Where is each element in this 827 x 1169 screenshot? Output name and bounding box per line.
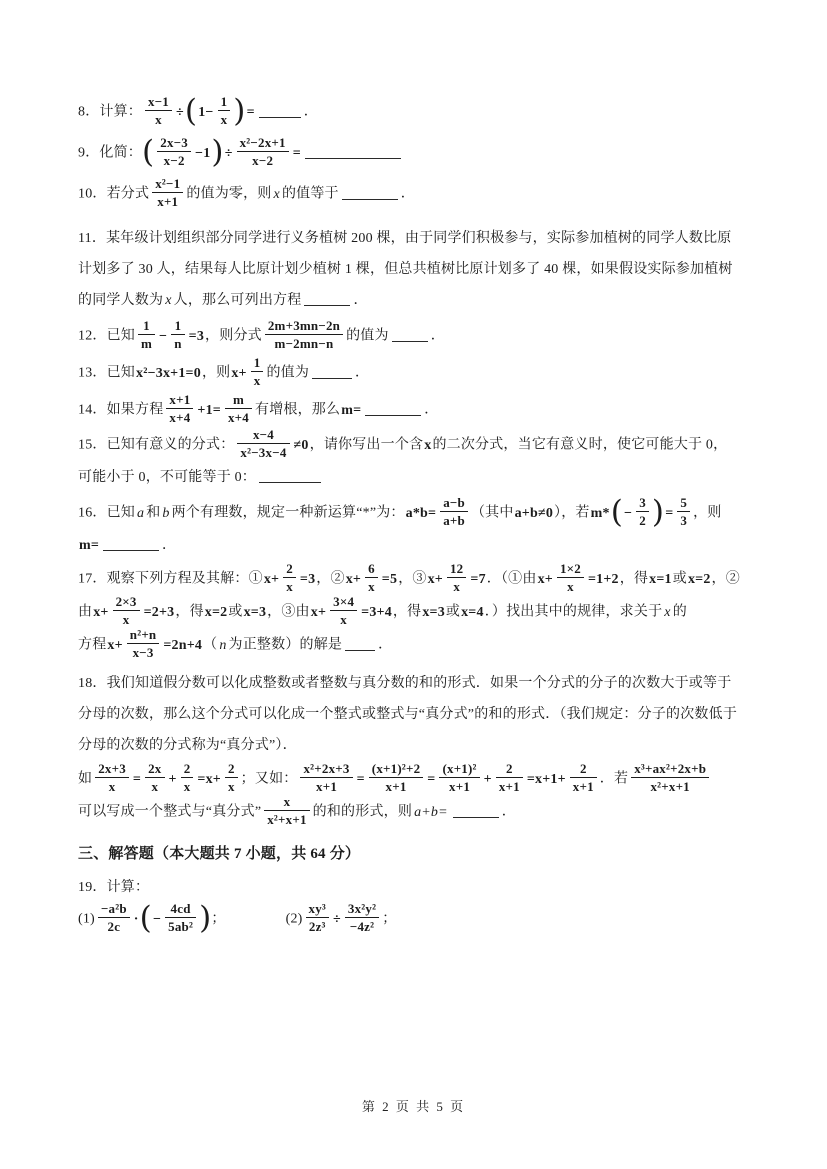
fraction-numerator: 6	[365, 561, 378, 578]
fraction-numerator: 2x−3	[157, 135, 191, 152]
fraction-denominator: x	[218, 111, 231, 127]
math-run: x=1	[648, 572, 673, 587]
fraction: 32	[633, 495, 652, 528]
fraction-denominator: x+1	[570, 778, 597, 794]
fraction-numerator: 2	[283, 561, 296, 578]
text-run: 由	[78, 605, 92, 620]
fraction: 2x+1	[567, 761, 600, 794]
text-run: 有增根，那么	[255, 403, 340, 418]
fraction-denominator: x²+x+1	[264, 811, 309, 827]
fraction-denominator: x+1	[439, 778, 479, 794]
text-run: ．	[304, 105, 318, 120]
math-run: ·	[133, 912, 140, 927]
answer-blank	[345, 637, 375, 651]
fraction-numerator: 3	[636, 495, 649, 512]
fraction-numerator: x−1	[145, 94, 172, 111]
text-run: 计划多了 30 人，结果每人比原计划少植树 1 棵，但总共植树比原计划多了 40…	[78, 262, 733, 277]
text-run: ，得	[175, 605, 203, 620]
fraction-denominator: x+4	[166, 409, 193, 425]
fraction-denominator: n	[171, 335, 184, 351]
text-run: 或	[228, 605, 242, 620]
fraction-numerator: 3×4	[330, 594, 357, 611]
fraction-numerator: m	[225, 392, 252, 409]
big-left-paren: (	[142, 134, 154, 170]
text-run: ，③由	[267, 605, 310, 620]
fraction: x²−2x+1x−2	[234, 135, 292, 168]
text-run: 可以写成一个整式与“真分式”	[78, 805, 261, 820]
fraction-denominator: x	[283, 578, 296, 594]
math-run: +	[483, 772, 493, 787]
fraction-numerator: 2x	[145, 761, 164, 778]
text-run: ，得	[620, 572, 648, 587]
text-run: 的值等于	[282, 187, 339, 202]
fraction: 1n	[168, 318, 187, 351]
fraction: 1m	[135, 318, 158, 351]
math-run: =	[426, 772, 436, 787]
fraction: mx+4	[222, 392, 255, 425]
fraction-denominator: x	[145, 778, 164, 794]
text-run: ，②	[316, 572, 344, 587]
math-run: =2n+4	[162, 638, 203, 653]
text-run: 18．我们知道假分数可以化成整数或者整数与真分数的和的形式．如果一个分式的分子的…	[78, 676, 731, 691]
text-run: 8．计算：	[78, 105, 142, 120]
answer-blank	[305, 145, 401, 159]
text-run: ；	[382, 912, 396, 927]
fraction-denominator: x−3	[127, 644, 160, 660]
fraction-denominator: x+4	[225, 409, 252, 425]
text-run: ．若	[600, 772, 628, 787]
big-right-paren: )	[199, 900, 211, 936]
text-run: 为正整数）的解是	[229, 638, 343, 653]
fraction-denominator: −4z²	[345, 918, 379, 934]
fraction-denominator: 2c	[98, 918, 130, 934]
text-run: 分母的次数的分式称为“真分式”）．	[78, 738, 297, 753]
problem-18-text: 18．我们知道假分数可以化成整数或者整数与真分数的和的形式．如果一个分式的分子的…	[78, 668, 755, 761]
text-run: 可能小于 0，不可能等于 0：	[78, 470, 256, 485]
math-run: =7	[469, 572, 486, 587]
math-run: =	[664, 506, 674, 521]
math-run: −	[152, 912, 162, 927]
fraction-denominator: 2z³	[306, 918, 330, 934]
fraction-denominator: x+1	[369, 778, 423, 794]
math-run: x+	[263, 572, 280, 587]
fraction-numerator: x+1	[166, 392, 193, 409]
fraction-numerator: 2×3	[113, 594, 140, 611]
text-run: ，②	[712, 572, 740, 587]
fraction-denominator: x+1	[300, 778, 352, 794]
fraction: x²−1x+1	[149, 176, 186, 209]
fraction-numerator: n²+n	[127, 627, 160, 644]
math-run: x+	[92, 605, 109, 620]
text-run: 13．已知	[78, 366, 135, 381]
math-run: x=3	[421, 605, 446, 620]
text-run: ．	[502, 805, 516, 820]
text-run: ．	[431, 329, 445, 344]
math-run: x+	[427, 572, 444, 587]
text-run: 的同学人数为	[78, 293, 163, 308]
math-run: x=2	[687, 572, 712, 587]
fraction-numerator: 1	[251, 355, 264, 372]
fraction-denominator: x+1	[496, 778, 523, 794]
math-run: x²−3x+1=0	[135, 366, 202, 381]
text-run: ．（①由	[487, 572, 537, 587]
problem-14: 14．如果方程x+1x+4+1=mx+4有增根，那么m=．	[78, 394, 755, 427]
fraction: x²+2x+3x+1	[297, 761, 355, 794]
worksheet-page: 8．计算：x−1x÷(1−1x)=．9．化简：(2x−3x−2−1)÷x²−2x…	[0, 0, 827, 1169]
text-run: 12．已知	[78, 329, 135, 344]
fraction-numerator: (x+1)²	[439, 761, 479, 778]
text-run: （	[203, 638, 217, 653]
page-footer: 第 2 页 共 5 页	[0, 1096, 827, 1115]
fraction: 2x	[280, 561, 299, 594]
text-run: 如	[78, 772, 92, 787]
math-run: m=	[78, 538, 100, 553]
math-run: m*	[590, 506, 611, 521]
fraction-denominator: x	[181, 778, 194, 794]
text-run: 19．计算：	[78, 880, 149, 895]
math-run: x+	[345, 572, 362, 587]
fraction-numerator: x²−1	[152, 176, 183, 193]
fraction-numerator: 2x+3	[95, 761, 129, 778]
text-run: 或	[446, 605, 460, 620]
fraction-numerator: 1×2	[557, 561, 584, 578]
math-run: x=4	[460, 605, 485, 620]
fraction: 2m+3mn−2nm−2mn−n	[262, 318, 346, 351]
fraction-denominator: x−2	[157, 152, 191, 168]
text-run: ），若	[554, 506, 590, 521]
problem-13: 13．已知x²−3x+1=0，则x+1x的值为．	[78, 357, 755, 390]
math-run: =x+	[196, 772, 222, 787]
fraction: 2x+1	[493, 761, 526, 794]
text-run: 或	[673, 572, 687, 587]
text-run: 三、解答题（本大题共 7 小题，共 64 分）	[78, 846, 360, 862]
math-run: =3	[299, 572, 316, 587]
text-run: 分母的次数，那么这个分式可以化成一个整式或整式与“真分式”的和的形式．（我们规定…	[78, 707, 737, 722]
fraction-numerator: 12	[447, 561, 466, 578]
math-run: =3+4	[360, 605, 393, 620]
math-run: a+b=	[412, 805, 450, 820]
fraction-numerator: (x+1)²+2	[369, 761, 423, 778]
section-heading: 三、解答题（本大题共 7 小题，共 64 分）	[78, 839, 755, 870]
fraction: n²+nx−3	[124, 627, 163, 660]
problem-10: 10．若分式x²−1x+1的值为零，则x的值等于．	[78, 178, 755, 211]
math-run: −	[158, 329, 168, 344]
fraction-numerator: xy³	[306, 901, 330, 918]
fraction-denominator: x	[251, 372, 264, 388]
fraction-numerator: 5	[677, 495, 690, 512]
problem-16: 16．已知a和b两个有理数，规定一种新运算“*”为：a*b=a−ba+b（其中a…	[78, 497, 755, 561]
fraction: 3×4x	[327, 594, 360, 627]
math-run: =	[356, 772, 366, 787]
fraction-numerator: 2	[570, 761, 597, 778]
fraction-denominator: x²−3x−4	[237, 444, 289, 460]
problem-8: 8．计算：x−1x÷(1−1x)=．	[78, 96, 755, 129]
math-run: ≠0	[293, 438, 310, 453]
fraction-denominator: m−2mn−n	[265, 335, 343, 351]
math-run: =	[132, 772, 142, 787]
math-run: +1=	[196, 403, 222, 418]
fraction-numerator: 1	[171, 318, 184, 335]
fraction: 2x	[178, 761, 197, 794]
fraction: 2x	[222, 761, 241, 794]
big-right-paren: )	[233, 93, 245, 129]
fraction: 3x²y²−4z²	[342, 901, 382, 934]
text-run: ；又如：	[241, 772, 298, 787]
text-run: 15．已知有意义的分式：	[78, 438, 234, 453]
text-run: ；	[211, 912, 225, 927]
text-run: 14．如果方程	[78, 403, 163, 418]
fraction-denominator: x+1	[152, 193, 183, 209]
fraction-denominator: x	[447, 578, 466, 594]
math-run: b	[160, 506, 171, 521]
answer-blank	[453, 804, 499, 818]
math-run: m=	[340, 403, 362, 418]
answer-blank	[103, 537, 159, 551]
fraction: 6x	[362, 561, 381, 594]
text-run: （其中	[471, 506, 514, 521]
text-run: 方程	[78, 638, 106, 653]
text-run: ．）找出其中的规律，求关于	[485, 605, 663, 620]
problem-19-label: 19．计算：	[78, 872, 755, 903]
text-run: ，得	[393, 605, 421, 620]
math-run: =	[292, 146, 302, 161]
math-run: x+	[230, 366, 247, 381]
math-run: =1+2	[587, 572, 620, 587]
math-run: x	[662, 605, 672, 620]
fraction: x−1x	[142, 94, 175, 127]
text-run: ，③	[398, 572, 426, 587]
text-run: 的值为零，则	[186, 187, 271, 202]
answer-blank	[365, 402, 421, 416]
fraction: 2x−3x−2	[154, 135, 194, 168]
math-run: x	[272, 187, 282, 202]
math-run: −	[623, 506, 633, 521]
math-run: 1−	[197, 105, 214, 120]
text-run: (2)	[286, 912, 303, 927]
problem-11: 11．某年级计划组织部分同学进行义务植树 200 棵，由于同学们积极参与，实际参…	[78, 223, 755, 316]
fraction: 1×2x	[554, 561, 587, 594]
fraction-numerator: x−4	[237, 427, 289, 444]
fraction-denominator: 2	[636, 512, 649, 528]
fraction: x³+ax²+2x+bx²+x+1	[628, 761, 712, 794]
fraction-numerator: 2m+3mn−2n	[265, 318, 343, 335]
fraction-denominator: x−2	[237, 152, 289, 168]
fraction-numerator: x³+ax²+2x+b	[631, 761, 709, 778]
fraction-numerator: −a²b	[98, 901, 130, 918]
text-run: ，则	[693, 506, 721, 521]
math-run: n	[217, 638, 228, 653]
fraction-denominator: x	[330, 611, 357, 627]
fraction-numerator: 3x²y²	[345, 901, 379, 918]
text-run: 10．若分式	[78, 187, 149, 202]
fraction: x+1x+4	[163, 392, 196, 425]
problem-17: 17．观察下列方程及其解：①x+2x=3，②x+6x=5，③x+12x=7．（①…	[78, 563, 755, 662]
fraction-denominator: x	[145, 111, 172, 127]
math-run: =5	[381, 572, 398, 587]
text-run: 的	[673, 605, 687, 620]
fraction-numerator: 2	[496, 761, 523, 778]
text-run: ．	[353, 293, 367, 308]
text-run: 两个有理数，规定一种新运算“*”为：	[172, 506, 405, 521]
text-run: 的和的形式，则	[313, 805, 412, 820]
text-run: ，则分式	[205, 329, 262, 344]
fraction-numerator: x	[264, 794, 309, 811]
fraction: −a²b2c	[95, 901, 133, 934]
problem-19-formulas: (1)−a²b2c·(−4cd5ab²)；(2)xy³2z³÷3x²y²−4z²…	[78, 903, 755, 936]
fraction: 4cd5ab²	[162, 901, 199, 934]
fraction: 1x	[248, 355, 267, 388]
math-run: a+b≠0	[514, 506, 554, 521]
fraction-numerator: 4cd	[165, 901, 196, 918]
math-run: a*b=	[405, 506, 438, 521]
fraction: a−ba+b	[437, 495, 471, 528]
math-run: =3	[188, 329, 205, 344]
fraction-numerator: 2	[225, 761, 238, 778]
math-run: =2+3	[143, 605, 176, 620]
fraction: 2x+3x	[92, 761, 132, 794]
text-run: 的值为	[266, 366, 309, 381]
math-run: x=3	[243, 605, 268, 620]
fraction-numerator: 2	[181, 761, 194, 778]
fraction-numerator: a−b	[440, 495, 468, 512]
answer-blank	[342, 186, 398, 200]
text-run: ．	[162, 538, 176, 553]
fraction-denominator: a+b	[440, 512, 468, 528]
answer-blank	[259, 469, 321, 483]
math-run: x+	[537, 572, 554, 587]
text-run: 人，那么可列出方程	[174, 293, 302, 308]
text-run: 和	[146, 506, 160, 521]
fraction-denominator: 3	[677, 512, 690, 528]
problem-9: 9．化简：(2x−3x−2−1)÷x²−2x+1x−2=	[78, 137, 755, 170]
fraction-numerator: x²−2x+1	[237, 135, 289, 152]
math-run: a	[135, 506, 146, 521]
text-run: 16．已知	[78, 506, 135, 521]
answer-blank	[259, 104, 301, 118]
fraction-denominator: x	[365, 578, 378, 594]
math-run: ÷	[332, 912, 342, 927]
fraction-numerator: x²+2x+3	[300, 761, 352, 778]
big-right-paren: )	[211, 134, 223, 170]
text-run: ．	[355, 366, 369, 381]
fraction: 53	[674, 495, 693, 528]
fraction: (x+1)²x+1	[436, 761, 482, 794]
fraction: 1x	[215, 94, 234, 127]
fraction: 2×3x	[110, 594, 143, 627]
math-run: +	[168, 772, 178, 787]
text-run: 的值为	[346, 329, 389, 344]
answer-blank	[392, 328, 428, 342]
big-left-paren: (	[140, 900, 152, 936]
text-run: ．	[424, 403, 438, 418]
math-run: =	[246, 105, 256, 120]
fraction: 2xx	[142, 761, 167, 794]
fraction-denominator: x	[95, 778, 129, 794]
text-run: ．	[401, 187, 415, 202]
text-run: ，请你写出一个含	[310, 438, 424, 453]
fraction: xy³2z³	[303, 901, 333, 934]
math-run: −1	[194, 146, 211, 161]
document-body: 8．计算：x−1x÷(1−1x)=．9．化简：(2x−3x−2−1)÷x²−2x…	[78, 96, 755, 936]
answer-blank	[312, 365, 352, 379]
fraction: xx²+x+1	[261, 794, 312, 827]
problem-12: 12．已知1m−1n=3，则分式2m+3mn−2nm−2mn−n的值为．	[78, 320, 755, 353]
math-run: ÷	[175, 105, 185, 120]
text-run: 11．某年级计划组织部分同学进行义务植树 200 棵，由于同学们积极参与，实际参…	[78, 231, 731, 246]
math-run: x+	[106, 638, 123, 653]
math-run: x	[163, 293, 173, 308]
fraction: 12x	[444, 561, 469, 594]
fraction-denominator: m	[138, 335, 155, 351]
big-left-paren: (	[611, 494, 623, 530]
problem-18-formula: 如2x+3x=2xx+2x=x+2x；又如：x²+2x+3x+1=(x+1)²+…	[78, 763, 755, 829]
text-run: 的二次分式，当它有意义时，使它可能大于 0，	[432, 438, 727, 453]
fraction-numerator: 1	[138, 318, 155, 335]
fraction-denominator: 5ab²	[165, 918, 196, 934]
text-run: ，则	[202, 366, 230, 381]
answer-blank	[304, 292, 350, 306]
fraction-numerator: 1	[218, 94, 231, 111]
fraction-denominator: x	[225, 778, 238, 794]
fraction-denominator: x²+x+1	[631, 778, 709, 794]
fraction: (x+1)²+2x+1	[366, 761, 426, 794]
fraction-denominator: x	[113, 611, 140, 627]
fraction: x−4x²−3x−4	[234, 427, 292, 460]
text-run: ．	[378, 638, 392, 653]
big-right-paren: )	[652, 494, 664, 530]
math-run: =x+1+	[526, 772, 567, 787]
math-run: x+	[310, 605, 327, 620]
big-left-paren: (	[185, 93, 197, 129]
math-run: ÷	[224, 146, 234, 161]
math-run: x=2	[204, 605, 229, 620]
fraction-denominator: x	[557, 578, 584, 594]
text-run: 9．化简：	[78, 146, 142, 161]
text-run: 17．观察下列方程及其解：①	[78, 572, 263, 587]
text-run: (1)	[78, 912, 95, 927]
problem-15: 15．已知有意义的分式：x−4x²−3x−4≠0，请你写出一个含x的二次分式，当…	[78, 429, 755, 493]
